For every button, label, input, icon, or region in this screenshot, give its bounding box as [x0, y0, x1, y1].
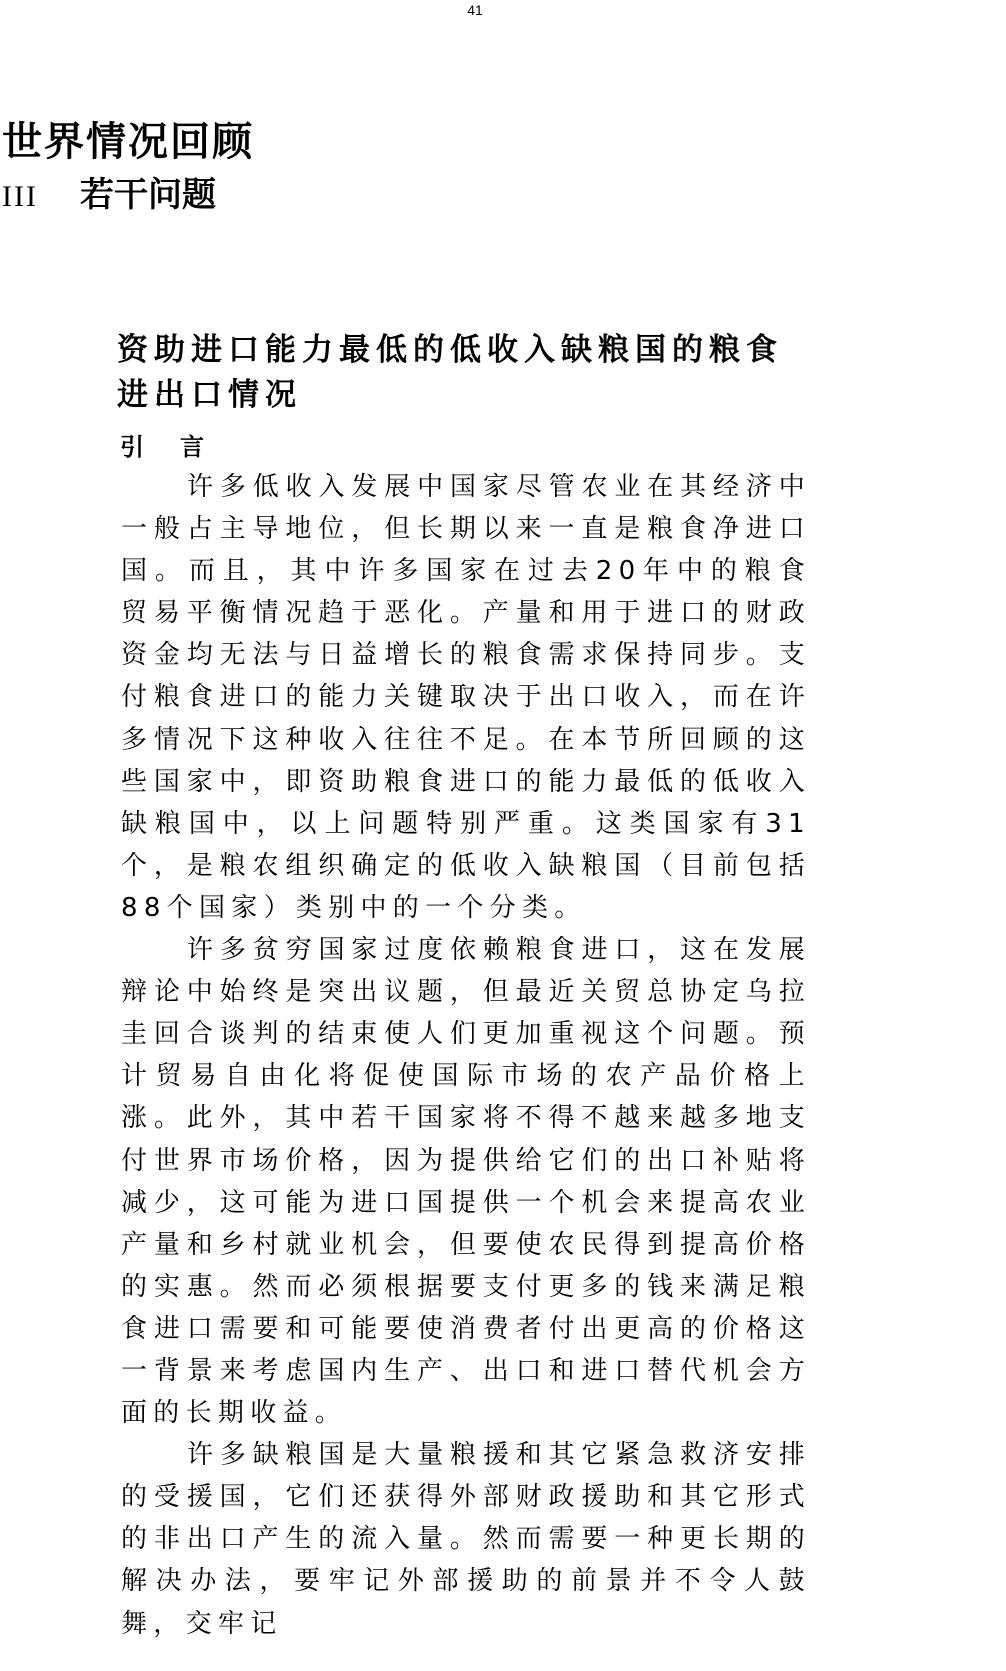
paragraph-2: 许多贫穷国家过度依赖粮食进口，这在发展辩论中始终是突出议题，但最近关贸总协定乌拉… [121, 929, 811, 1434]
section-heading: III若干问题 [2, 173, 216, 219]
paragraph-3: 许多缺粮国是大量粮援和其它紧急救济安排的受援国，它们还获得外部财政援助和其它形式… [121, 1434, 811, 1644]
introduction-heading-char-1: 引 [120, 433, 144, 461]
paragraph-1: 许多低收入发展中国家尽管农业在其经济中一般占主导地位，但长期以来一直是粮食净进口… [121, 466, 811, 929]
chapter-title: 世界情况回顾 [2, 118, 254, 166]
article-title: 资助进口能力最低的低收入缺粮国的粮食进出口情况 [117, 328, 817, 418]
introduction-heading: 引言 [120, 432, 204, 462]
introduction-heading-char-2: 言 [180, 433, 204, 461]
page-number: 41 [0, 2, 950, 18]
section-title: 若干问题 [80, 175, 216, 215]
section-numeral: III [2, 180, 38, 213]
body-text: 许多低收入发展中国家尽管农业在其经济中一般占主导地位，但长期以来一直是粮食净进口… [121, 466, 811, 1645]
